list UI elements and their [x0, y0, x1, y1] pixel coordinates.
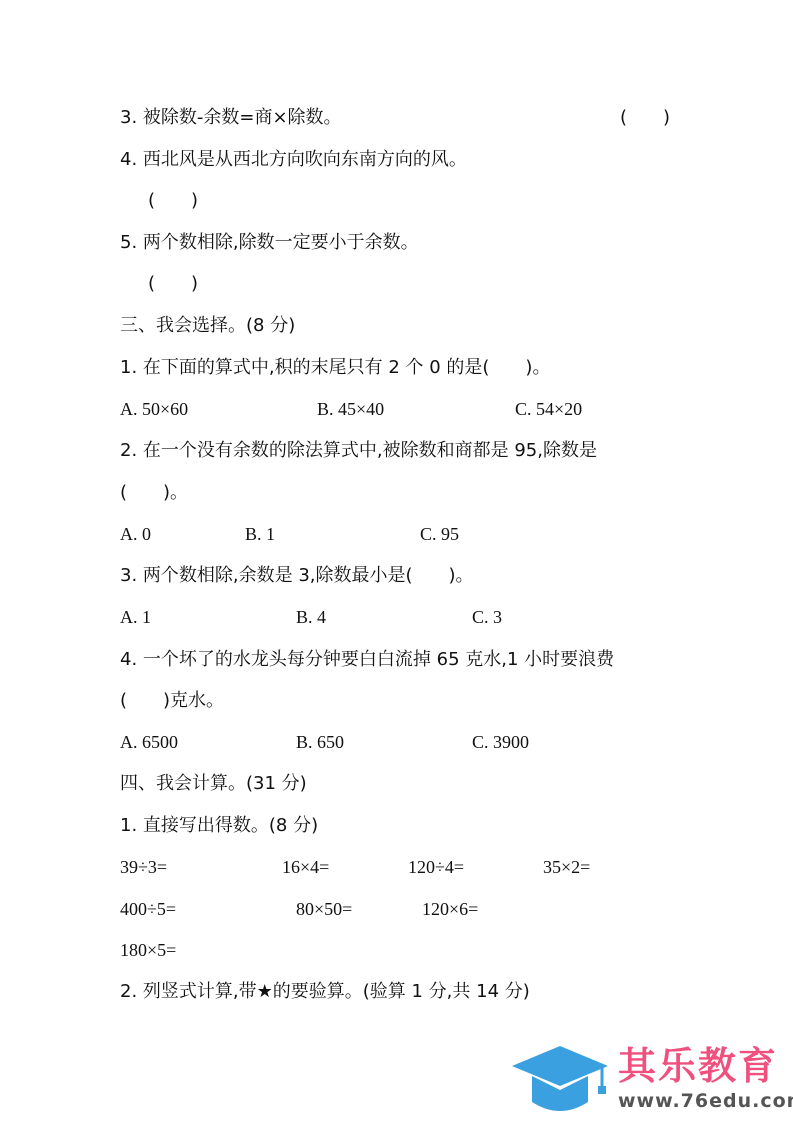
- option-a: A. 6500: [120, 730, 178, 754]
- calc-item: 80×50=: [296, 897, 352, 921]
- calc-item: 180×5=: [120, 938, 176, 962]
- graduation-cap-icon: [510, 1040, 610, 1120]
- calc-item: 35×2=: [543, 855, 590, 879]
- question-text: 4. 西北风是从西北方向吹向东南方向的风。: [120, 148, 467, 172]
- brand-name: 其乐教育: [618, 1044, 778, 1088]
- question-text: 1. 在下面的算式中,积的末尾只有 2 个 0 的是( )。: [120, 356, 550, 380]
- option-c: C. 3: [472, 605, 502, 629]
- calc-item: 400÷5=: [120, 897, 176, 921]
- calc-item: 39÷3=: [120, 855, 167, 879]
- option-b: B. 650: [296, 730, 344, 754]
- answer-blank: ( ): [148, 272, 198, 296]
- answer-blank: ( ): [620, 106, 670, 130]
- section-heading: 三、我会选择。(8 分): [120, 314, 295, 338]
- question-text-cont: ( )。: [120, 481, 188, 505]
- option-c: C. 54×20: [515, 397, 582, 421]
- option-c: C. 3900: [472, 730, 529, 754]
- option-a: A. 50×60: [120, 397, 188, 421]
- option-b: B. 1: [245, 522, 275, 546]
- calc-item: 120×6=: [422, 897, 478, 921]
- calc-item: 16×4=: [282, 855, 329, 879]
- question-text: 3. 被除数-余数=商×除数。: [120, 106, 342, 130]
- question-text: 3. 两个数相除,余数是 3,除数最小是( )。: [120, 564, 474, 588]
- option-b: B. 45×40: [317, 397, 384, 421]
- option-b: B. 4: [296, 605, 326, 629]
- question-text: 5. 两个数相除,除数一定要小于余数。: [120, 231, 419, 255]
- question-text: 2. 在一个没有余数的除法算式中,被除数和商都是 95,除数是: [120, 439, 597, 463]
- option-a: A. 1: [120, 605, 151, 629]
- option-c: C. 95: [420, 522, 459, 546]
- section-heading: 四、我会计算。(31 分): [120, 772, 307, 796]
- brand-url: www.76edu.com: [618, 1090, 793, 1112]
- option-a: A. 0: [120, 522, 151, 546]
- brand-logo: 其乐教育 www.76edu.com: [510, 1040, 790, 1120]
- answer-blank: ( ): [148, 189, 198, 213]
- calc-item: 120÷4=: [408, 855, 464, 879]
- subsection-heading: 1. 直接写出得数。(8 分): [120, 814, 318, 838]
- question-text: 4. 一个坏了的水龙头每分钟要白白流掉 65 克水,1 小时要浪费: [120, 648, 614, 672]
- question-text-cont: ( )克水。: [120, 689, 224, 713]
- subsection-heading: 2. 列竖式计算,带★的要验算。(验算 1 分,共 14 分): [120, 980, 530, 1004]
